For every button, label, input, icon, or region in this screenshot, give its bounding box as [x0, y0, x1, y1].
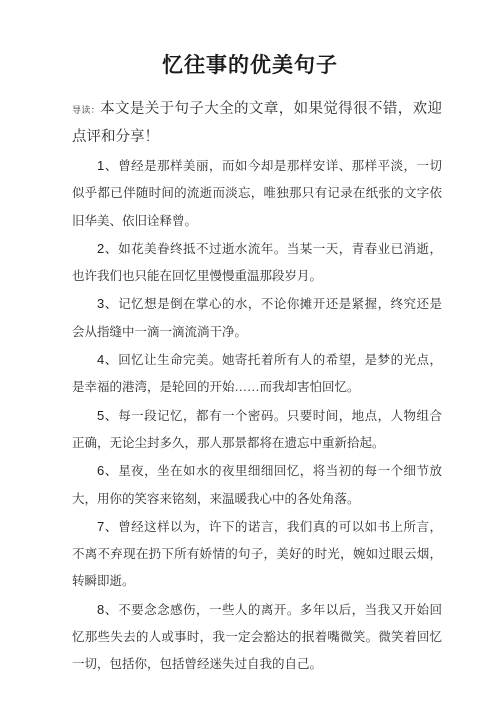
- paragraph-number: 5、: [97, 408, 118, 423]
- paragraph-number: 3、: [97, 296, 118, 311]
- paragraph-text: 曾经这样以为，许下的诺言，我们真的可以如书上所言，不离不弃现在扔下所有娇情的句子…: [72, 520, 442, 589]
- paragraph-list: 1、曾经是那样美丽，而如今却是那样安详、那样平淡，一切似乎都已伴随时间的流逝而淡…: [0, 152, 500, 679]
- paragraph-text: 记忆想是倒在掌心的水，不论你摊开还是紧握，终究还是会从指缝中一滴一滴流淌干净。: [72, 297, 442, 338]
- lead-label: 导读：: [72, 105, 100, 115]
- lead-paragraph: 导读：本文是关于句子大全的文章，如果觉得很不错，欢迎点评和分享！: [72, 96, 442, 151]
- paragraph-text: 每一段记忆，都有一个密码。只要时间，地点，人物组合正确，无论尘封多久，那人那景都…: [72, 409, 442, 450]
- document-page: 忆往事的优美句子 导读：本文是关于句子大全的文章，如果觉得很不错，欢迎点评和分享…: [0, 0, 500, 707]
- paragraph-number: 4、: [97, 352, 118, 367]
- paragraph: 1、曾经是那样美丽，而如今却是那样安详、那样平淡，一切似乎都已伴随时间的流逝而淡…: [72, 152, 442, 235]
- paragraph-text: 不要念念感伤，一些人的离开。多年以后，当我又开始回忆那些失去的人或事时，我一定会…: [72, 603, 442, 672]
- page-title: 忆往事的优美句子: [0, 0, 500, 80]
- paragraph-text: 回忆让生命完美。她寄托着所有人的希望，是梦的光点，是幸福的港湾，是轮回的开始………: [72, 353, 442, 394]
- paragraph: 8、不要念念感伤，一些人的离开。多年以后，当我又开始回忆那些失去的人或事时，我一…: [72, 596, 442, 679]
- paragraph: 3、记忆想是倒在掌心的水，不论你摊开还是紧握，终究还是会从指缝中一滴一滴流淌干净…: [72, 290, 442, 346]
- paragraph-text: 曾经是那样美丽，而如今却是那样安详、那样平淡，一切似乎都已伴随时间的流逝而淡忘，…: [72, 159, 442, 228]
- paragraph-number: 2、: [97, 241, 118, 256]
- paragraph: 6、星夜，坐在如水的夜里细细回忆，将当初的每一个细节放大，用你的笑容来铭刻，来温…: [72, 457, 442, 513]
- paragraph: 2、如花美眷终抵不过逝水流年。当某一天，青春业已消逝，也许我们也只能在回忆里慢慢…: [72, 235, 442, 291]
- paragraph-number: 7、: [97, 519, 118, 534]
- paragraph: 7、曾经这样以为，许下的诺言，我们真的可以如书上所言，不离不弃现在扔下所有娇情的…: [72, 513, 442, 596]
- lead-text: 本文是关于句子大全的文章，如果觉得很不错，欢迎点评和分享！: [72, 101, 442, 145]
- paragraph-number: 6、: [97, 463, 118, 478]
- paragraph: 4、回忆让生命完美。她寄托着所有人的希望，是梦的光点，是幸福的港湾，是轮回的开始…: [72, 346, 442, 402]
- paragraph-text: 如花美眷终抵不过逝水流年。当某一天，青春业已消逝，也许我们也只能在回忆里慢慢重温…: [72, 242, 442, 283]
- paragraph-text: 星夜，坐在如水的夜里细细回忆，将当初的每一个细节放大，用你的笑容来铭刻，来温暖我…: [72, 464, 442, 505]
- paragraph-number: 8、: [97, 602, 118, 617]
- paragraph: 5、每一段记忆，都有一个密码。只要时间，地点，人物组合正确，无论尘封多久，那人那…: [72, 402, 442, 458]
- paragraph-number: 1、: [97, 158, 118, 173]
